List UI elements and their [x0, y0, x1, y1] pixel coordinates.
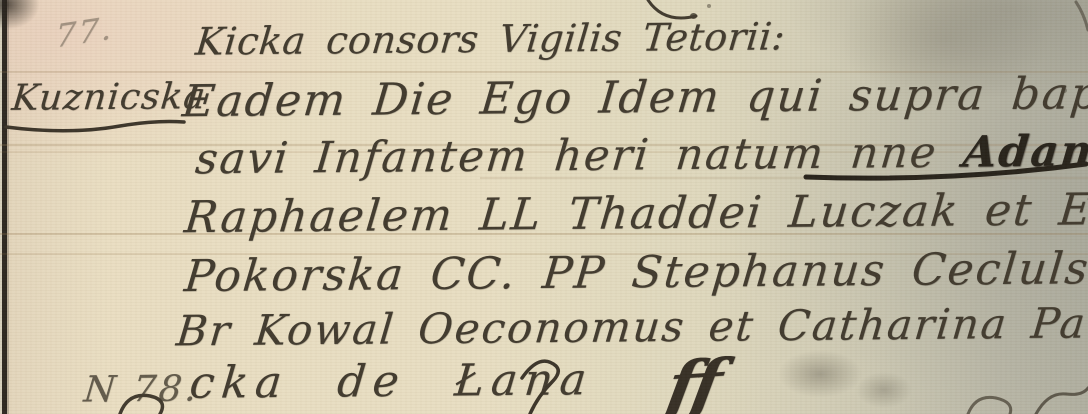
baptismal-name-underlined: Adamum [961, 126, 1088, 178]
entry-line-2-text: savi Infantem heri natum nne [193, 128, 965, 185]
corner-ink-smudge [0, 0, 40, 30]
next-record-number: N 78. [82, 371, 201, 408]
cutoff-letter-stroke [968, 397, 1011, 414]
place-name-underline [6, 122, 184, 131]
previous-entry-last-line: Kicka consors Vigilis Tetorii: [194, 17, 787, 60]
entry-line-4: Pokorska CC. PP Stephanus Ceclulski [182, 247, 1088, 299]
paragraph-end-flourish: ff [662, 350, 723, 414]
register-page-scan: 77. Kicka consors Vigilis Tetorii: Kuzni… [0, 0, 1088, 414]
entry-line-6: cka de Łana [188, 358, 596, 406]
cutoff-letter-stroke [1036, 388, 1088, 414]
ink-speck [707, 4, 711, 8]
cutoff-edge-stroke [1076, 2, 1088, 30]
entry-line-5: Br Kowal Oeconomus et Catharina Pawla- [175, 302, 1088, 353]
binding-edge [0, 0, 9, 414]
record-number-top: 77. [55, 12, 113, 53]
entry-line-3: Raphaelem LL Thaddei Luczak et Eva [182, 188, 1088, 240]
entry-line-2: savi Infantem heri natum nne Adamum [193, 130, 1088, 182]
margin-place-name: Kuznicska [10, 79, 208, 117]
entry-line-1: Eadem Die Ego Idem qui supra bapti- [180, 72, 1088, 124]
